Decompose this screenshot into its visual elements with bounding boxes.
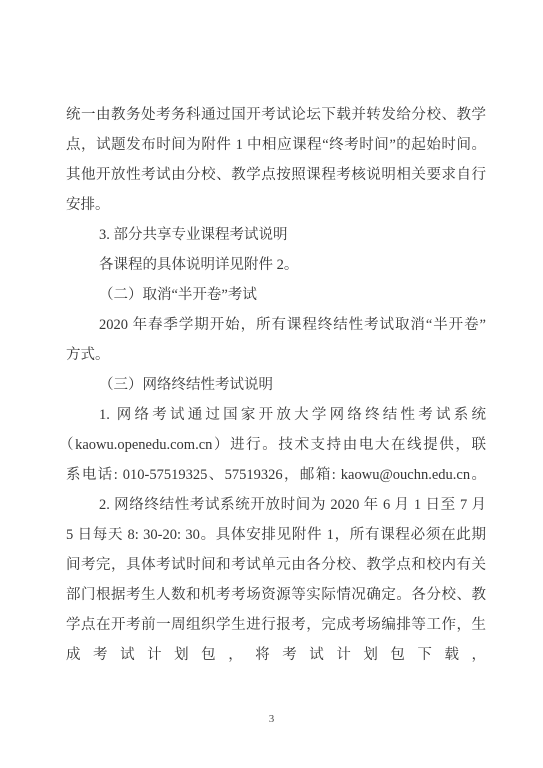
text-line: 安排。 <box>66 190 486 220</box>
text-line: 2020 年春季学期开始，所有课程终结性考试取消“半开卷” <box>66 310 486 340</box>
text-line: 系电话: 010-57519325、57519326，邮箱: kaowu@ouc… <box>66 460 486 490</box>
text-line: 5 日每天 8: 30-20: 30。具体安排见附件 1，所有课程必须在此期 <box>66 520 486 550</box>
text-line: 3. 部分共享专业课程考试说明 <box>66 220 486 250</box>
text-line: 方式。 <box>66 340 486 370</box>
text-line: （kaowu.openedu.com.cn）进行。技术支持由电大在线提供，联 <box>59 430 486 460</box>
text-line: （二）取消“半开卷”考试 <box>66 280 486 310</box>
text-line: 间考完，具体考试时间和考试单元由各分校、教学点和校内有关 <box>66 550 486 580</box>
text-line: 学点在开考前一周组织学生进行报考，完成考场编排等工作，生 <box>66 610 486 640</box>
document-body: 统一由教务处考务科通过国开考试论坛下载并转发给分校、教学点，试题发布时间为附件 … <box>66 100 486 670</box>
text-line: 2. 网络终结性考试系统开放时间为 2020 年 6 月 1 日至 7 月 <box>66 490 486 520</box>
text-line: 部门根据考生人数和机考考场资源等实际情况确定。各分校、教 <box>66 580 486 610</box>
text-line: 统一由教务处考务科通过国开考试论坛下载并转发给分校、教学 <box>66 100 486 130</box>
text-line: 其他开放性考试由分校、教学点按照课程考核说明相关要求自行 <box>66 160 486 190</box>
text-line: 成考试计划包，将考试计划包下载，导入考点服务器并组织考试。 <box>66 640 486 670</box>
text-line: 1. 网络考试通过国家开放大学网络终结性考试系统 <box>66 400 486 430</box>
text-line: 点，试题发布时间为附件 1 中相应课程“终考时间”的起始时间。 <box>66 130 486 160</box>
text-line: 各课程的具体说明详见附件 2。 <box>66 250 486 280</box>
document-page: 统一由教务处考务科通过国开考试论坛下载并转发给分校、教学点，试题发布时间为附件 … <box>0 0 543 768</box>
page-number: 3 <box>0 711 543 727</box>
text-line: （三）网络终结性考试说明 <box>66 370 486 400</box>
